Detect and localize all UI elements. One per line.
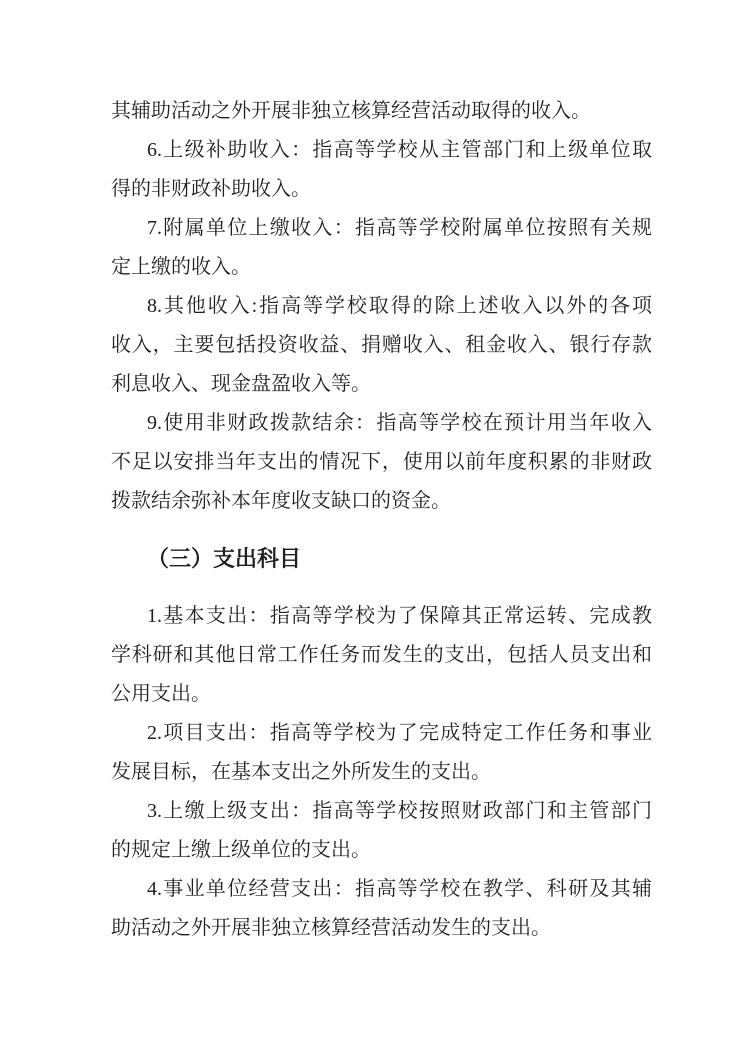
- text-line: 6.上级补助收入：指高等学校从主管部门和上级单位取: [111, 131, 652, 170]
- text-block: 其辅助活动之外开展非独立核算经营活动取得的收入。 6.上级补助收入：指高等学校从…: [111, 92, 652, 948]
- text-line: 得的非财政补助收入。: [111, 170, 652, 209]
- text-line: 4.事业单位经营支出：指高等学校在教学、科研及其辅: [111, 870, 652, 909]
- text-line: 7.附属单位上缴收入：指高等学校附属单位按照有关规: [111, 209, 652, 248]
- document-page: 其辅助活动之外开展非独立核算经营活动取得的收入。 6.上级补助收入：指高等学校从…: [0, 0, 750, 1060]
- text-line: 收入，主要包括投资收益、捐赠收入、租金收入、银行存款: [111, 326, 652, 365]
- text-line: 助活动之外开展非独立核算经营活动发生的支出。: [111, 909, 652, 948]
- text-line: 8.其他收入:指高等学校取得的除上述收入以外的各项: [111, 287, 652, 326]
- text-line: 公用支出。: [111, 675, 652, 714]
- text-line: 不足以安排当年支出的情况下，使用以前年度积累的非财政: [111, 443, 652, 482]
- text-line: 学科研和其他日常工作任务而发生的支出，包括人员支出和: [111, 636, 652, 675]
- section-heading: （三）支出科目: [111, 539, 652, 578]
- text-line: 定上缴的收入。: [111, 248, 652, 287]
- text-line: 的规定上缴上级单位的支出。: [111, 831, 652, 870]
- text-line: 拨款结余弥补本年度收支缺口的资金。: [111, 482, 652, 521]
- text-line: 利息收入、现金盘盈收入等。: [111, 365, 652, 404]
- text-line: 3.上缴上级支出：指高等学校按照财政部门和主管部门: [111, 792, 652, 831]
- text-line: 2.项目支出：指高等学校为了完成特定工作任务和事业: [111, 714, 652, 753]
- text-line: 发展目标，在基本支出之外所发生的支出。: [111, 753, 652, 792]
- text-line: 9.使用非财政拨款结余：指高等学校在预计用当年收入: [111, 404, 652, 443]
- text-line: 其辅助活动之外开展非独立核算经营活动取得的收入。: [111, 92, 652, 131]
- text-line: 1.基本支出：指高等学校为了保障其正常运转、完成教: [111, 597, 652, 636]
